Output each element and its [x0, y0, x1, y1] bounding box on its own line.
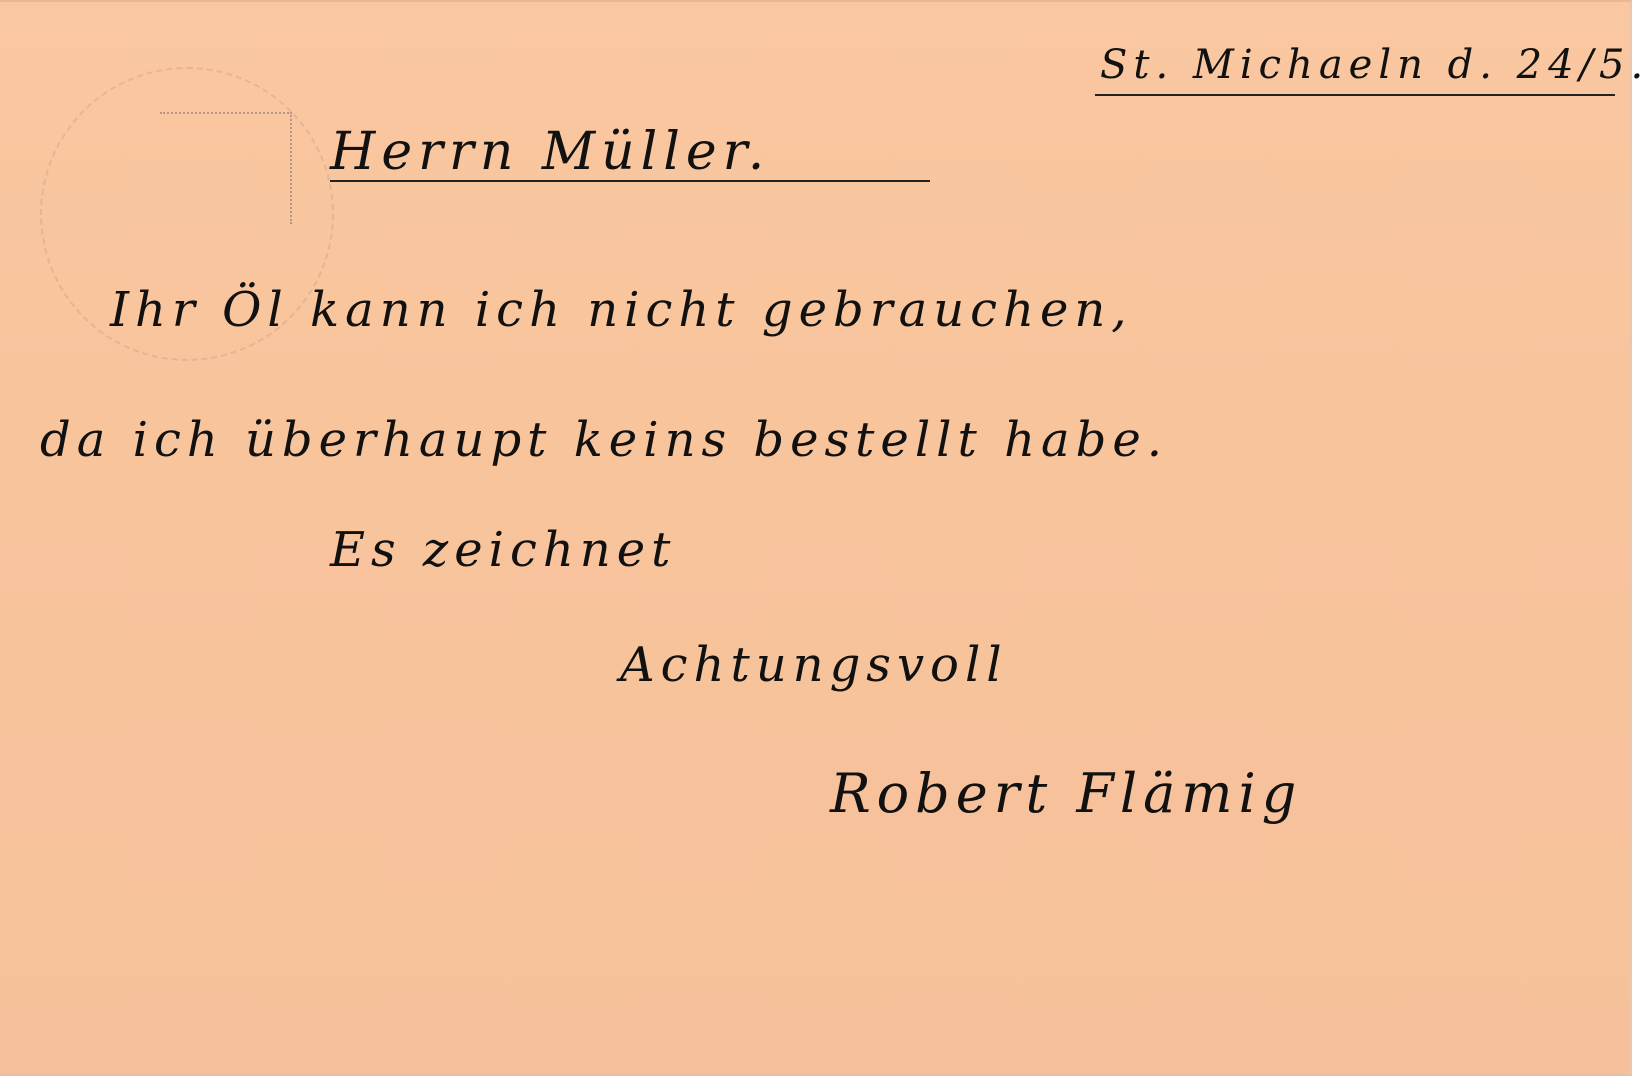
postcard: St. Michaeln d. 24/5. 85. Herrn Müller. … — [0, 0, 1632, 1076]
signature: Robert Flämig — [830, 762, 1302, 825]
date-underline — [1095, 94, 1615, 96]
closing: Achtungsvoll — [620, 637, 1008, 693]
salutation: Herrn Müller. — [330, 122, 770, 182]
body-line-3: Es zeichnet — [330, 522, 676, 578]
body-line-1: Ihr Öl kann ich nicht gebrauchen, — [110, 282, 1133, 338]
place-date: St. Michaeln d. 24/5. 85. — [1100, 42, 1640, 88]
postmark-inner-marks — [160, 112, 292, 224]
body-line-2: da ich überhaupt keins bestellt habe. — [40, 412, 1168, 468]
salutation-underline — [330, 180, 930, 182]
